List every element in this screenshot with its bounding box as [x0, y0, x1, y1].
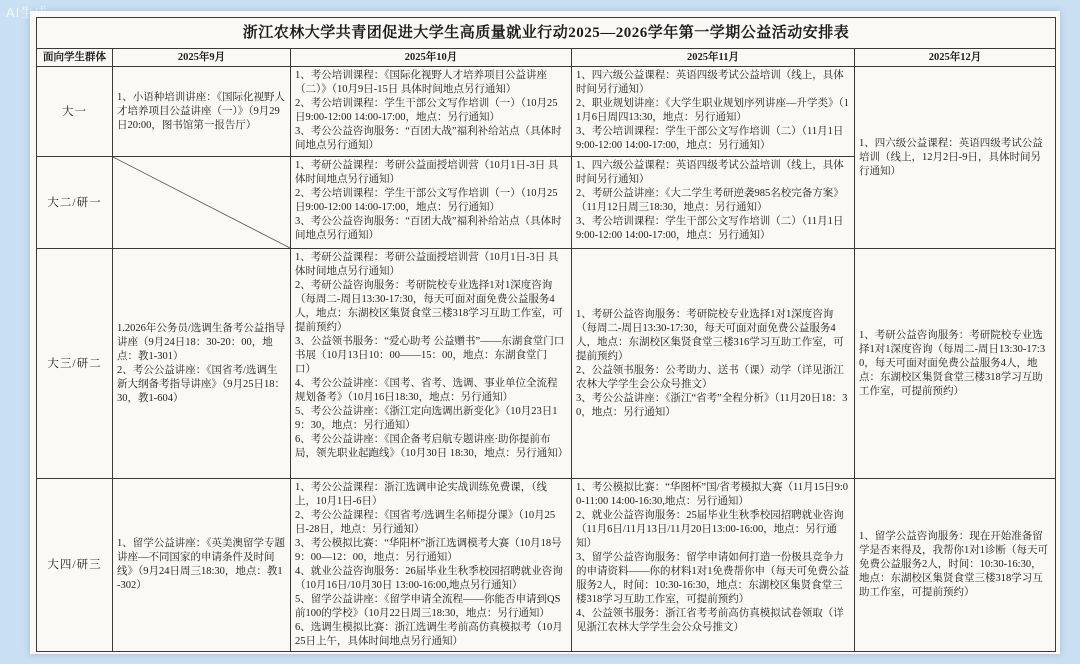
schedule-table: 浙江农林大学共青团促进大学生高质量就业行动2025—2026学年第一学期公益活动…: [36, 17, 1056, 652]
column-header-october: 2025年10月: [291, 49, 572, 67]
cell-junior-november: 1、考研公益咨询服务：考研院校专业选择1对1深度咨询（每周二-周日13:30-1…: [572, 249, 855, 479]
cell-text: 1.2026年公务员/选调生备考公益指导讲座（9月24日18：30-20：00，…: [117, 322, 286, 406]
title-row: 浙江农林大学共青团促进大学生高质量就业行动2025—2026学年第一学期公益活动…: [37, 18, 1056, 49]
cell-senior-november: 1、考公模拟比赛：“华图杯”国/省考模拟大赛（11月15日9:00-11:00 …: [572, 479, 855, 652]
cell-sophomore-october: 1、考研公益课程：考研公益面授培训营（10月1日-3日 具体时间地点另行通知） …: [291, 157, 572, 249]
cell-text: 1、四六级公益课程：英语四级考试公益培训（线上，具体时间另行通知） 2、职业规划…: [576, 69, 850, 153]
row-freshman: 大一 1、小语种培训讲座：《国际化视野人才培养项目公益讲座（一）》（9月29日2…: [37, 67, 1056, 157]
cell-senior-december: 1、留学公益咨询服务：现在开始准备留学是否来得及，我帮你1对1诊断（每天可免费公…: [855, 479, 1056, 652]
cell-text: 1、考研公益课程：考研公益面授培训营（10月1日-3日 具体时间地点另行通知） …: [295, 159, 567, 243]
cell-senior-october: 1、考公公益课程：浙江选调申论实战训练免费课，（线上，10月1日-6日） 2、考…: [291, 479, 572, 652]
cell-text: 1、考公培训课程：《国际化视野人才培养项目公益讲座（二）》（10月9日-15日 …: [295, 69, 567, 153]
cell-freshman-october: 1、考公培训课程：《国际化视野人才培养项目公益讲座（二）》（10月9日-15日 …: [291, 67, 572, 157]
header-row: 面向学生群体 2025年9月 2025年10月 2025年11月 2025年12…: [37, 49, 1056, 67]
row-label-senior: 大四/研三: [37, 479, 113, 652]
cell-text: 1、考研公益课程：考研公益面授培训营（10月1日-3日 具体时间地点另行通知） …: [295, 251, 567, 461]
column-header-november: 2025年11月: [572, 49, 855, 67]
page-title: 浙江农林大学共青团促进大学生高质量就业行动2025—2026学年第一学期公益活动…: [37, 18, 1056, 49]
column-header-december: 2025年12月: [855, 49, 1056, 67]
diagonal-slash: [113, 157, 290, 248]
cell-text: 1、留学公益讲座：《英美澳留学专题讲座—不同国家的申请条件及时间线》（9月24日…: [117, 537, 286, 593]
cell-sophomore-september-empty: [113, 157, 291, 249]
cell-text: 1、四六级公益课程：英语四级考试公益培训（线上，具体时间另行通知） 2、考研公益…: [576, 159, 850, 243]
cell-freshman-november: 1、四六级公益课程：英语四级考试公益培训（线上，具体时间另行通知） 2、职业规划…: [572, 67, 855, 157]
cell-text: 1、小语种培训讲座：《国际化视野人才培养项目公益讲座（一）》（9月29日20:0…: [117, 91, 286, 133]
cell-freshman-september: 1、小语种培训讲座：《国际化视野人才培养项目公益讲座（一）》（9月29日20:0…: [113, 67, 291, 157]
cell-junior-october: 1、考研公益课程：考研公益面授培训营（10月1日-3日 具体时间地点另行通知） …: [291, 249, 572, 479]
cell-junior-september: 1.2026年公务员/选调生备考公益指导讲座（9月24日18：30-20：00，…: [113, 249, 291, 479]
cell-sophomore-november: 1、四六级公益课程：英语四级考试公益培训（线上，具体时间另行通知） 2、考研公益…: [572, 157, 855, 249]
cell-senior-september: 1、留学公益讲座：《英美澳留学专题讲座—不同国家的申请条件及时间线》（9月24日…: [113, 479, 291, 652]
column-header-group: 面向学生群体: [37, 49, 113, 67]
cell-text: 1、四六级公益课程：英语四级考试公益培训（线上，12月2日-9日，具体时间另行通…: [859, 137, 1051, 179]
cell-text: 1、留学公益咨询服务：现在开始准备留学是否来得及，我帮你1对1诊断（每天可免费公…: [859, 530, 1051, 600]
column-header-september: 2025年9月: [113, 49, 291, 67]
cell-text: 1、考公模拟比赛：“华图杯”国/省考模拟大赛（11月15日9:00-11:00 …: [576, 481, 850, 635]
page: AI生成 浙江农林大学共青团促进大学生高质量就业行动2025—2026学年第一学…: [0, 0, 1080, 664]
row-junior: 大三/研二 1.2026年公务员/选调生备考公益指导讲座（9月24日18：30-…: [37, 249, 1056, 479]
row-label-junior: 大三/研二: [37, 249, 113, 479]
row-label-sophomore: 大二/研一: [37, 157, 113, 249]
row-label-freshman: 大一: [37, 67, 113, 157]
cell-text: 1、考公公益课程：浙江选调申论实战训练免费课，（线上，10月1日-6日） 2、考…: [295, 481, 567, 649]
cell-freshman-sophomore-december: 1、四六级公益课程：英语四级考试公益培训（线上，12月2日-9日，具体时间另行通…: [855, 67, 1056, 249]
cell-text: 1、考研公益咨询服务：考研院校专业选择1对1深度咨询（每周二-周日13:30-1…: [576, 308, 850, 420]
schedule-document: 浙江农林大学共青团促进大学生高质量就业行动2025—2026学年第一学期公益活动…: [30, 11, 1060, 654]
cell-junior-december: 1、考研公益咨询服务：考研院校专业选择1对1深度咨询（每周二-周日13:30-1…: [855, 249, 1056, 479]
row-senior: 大四/研三 1、留学公益讲座：《英美澳留学专题讲座—不同国家的申请条件及时间线》…: [37, 479, 1056, 652]
cell-text: 1、考研公益咨询服务：考研院校专业选择1对1深度咨询（每周二-周日13:30-1…: [859, 329, 1051, 399]
